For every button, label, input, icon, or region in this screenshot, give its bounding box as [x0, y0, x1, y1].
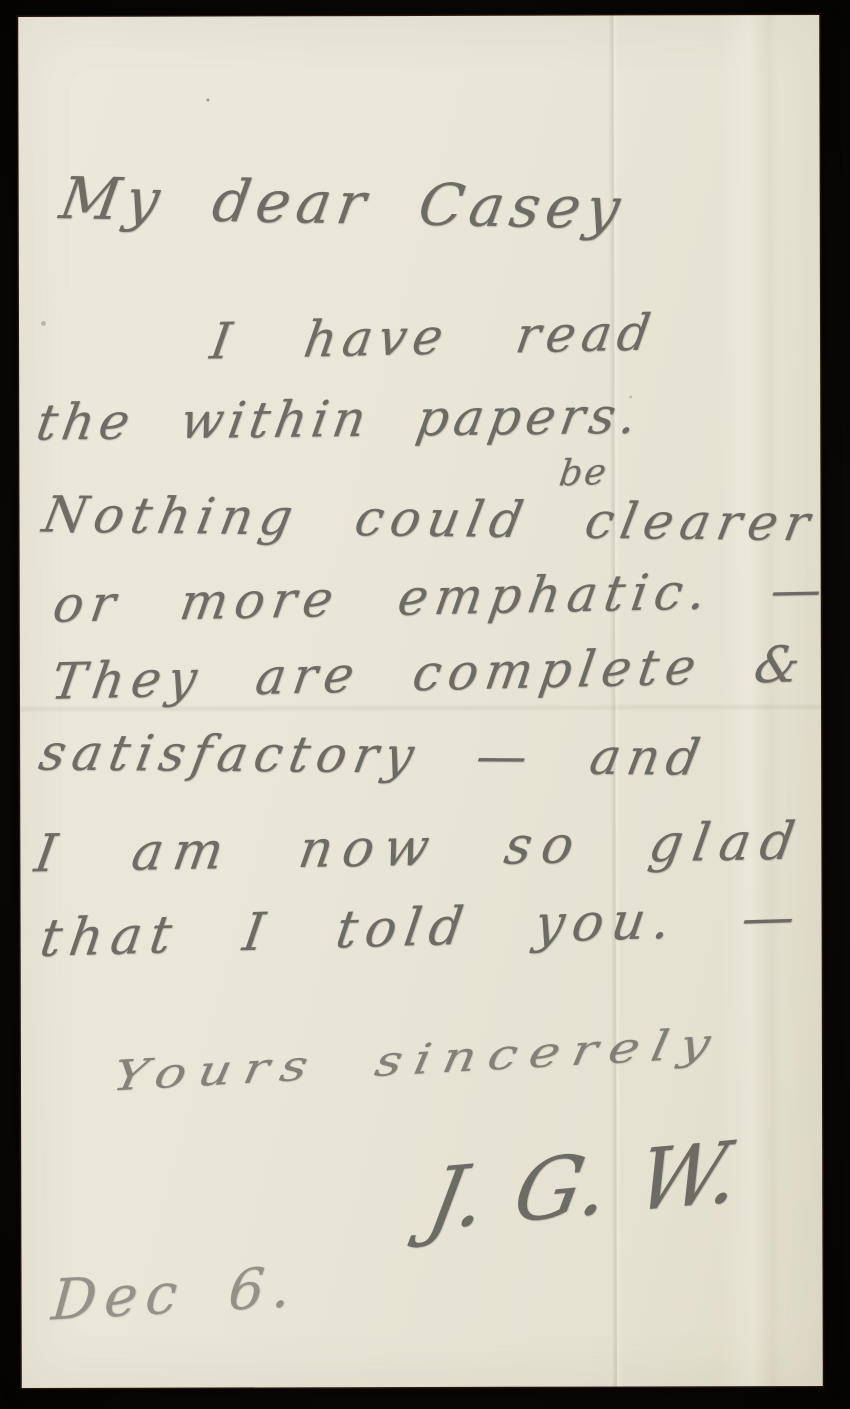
letter-paper: My dear Casey I have read the within pap…	[18, 15, 823, 1388]
body-line-4: or more emphatic. —	[50, 564, 832, 630]
body-line-7: I am now so glad	[31, 816, 808, 881]
signature: J. G. W.	[422, 1129, 750, 1243]
body-line-5: They are complete &	[48, 639, 810, 707]
photo-black-background: My dear Casey I have read the within pap…	[0, 0, 850, 1409]
paper-speck	[41, 321, 46, 326]
paper-speck	[206, 99, 209, 102]
body-line-8: that I told you. —	[37, 891, 806, 965]
body-line-2: the within papers.	[33, 391, 645, 448]
body-line-3: Nothing could clearer	[39, 490, 821, 549]
closing-line: Yours sincerely	[109, 1022, 725, 1098]
date-line: Dec 6.	[49, 1260, 300, 1330]
body-line-1: I have read	[207, 307, 659, 366]
salutation-line: My dear Casey	[56, 169, 630, 237]
interlinear-insertion-word: be	[557, 455, 610, 493]
body-line-6: satisfactory — and	[36, 728, 711, 783]
